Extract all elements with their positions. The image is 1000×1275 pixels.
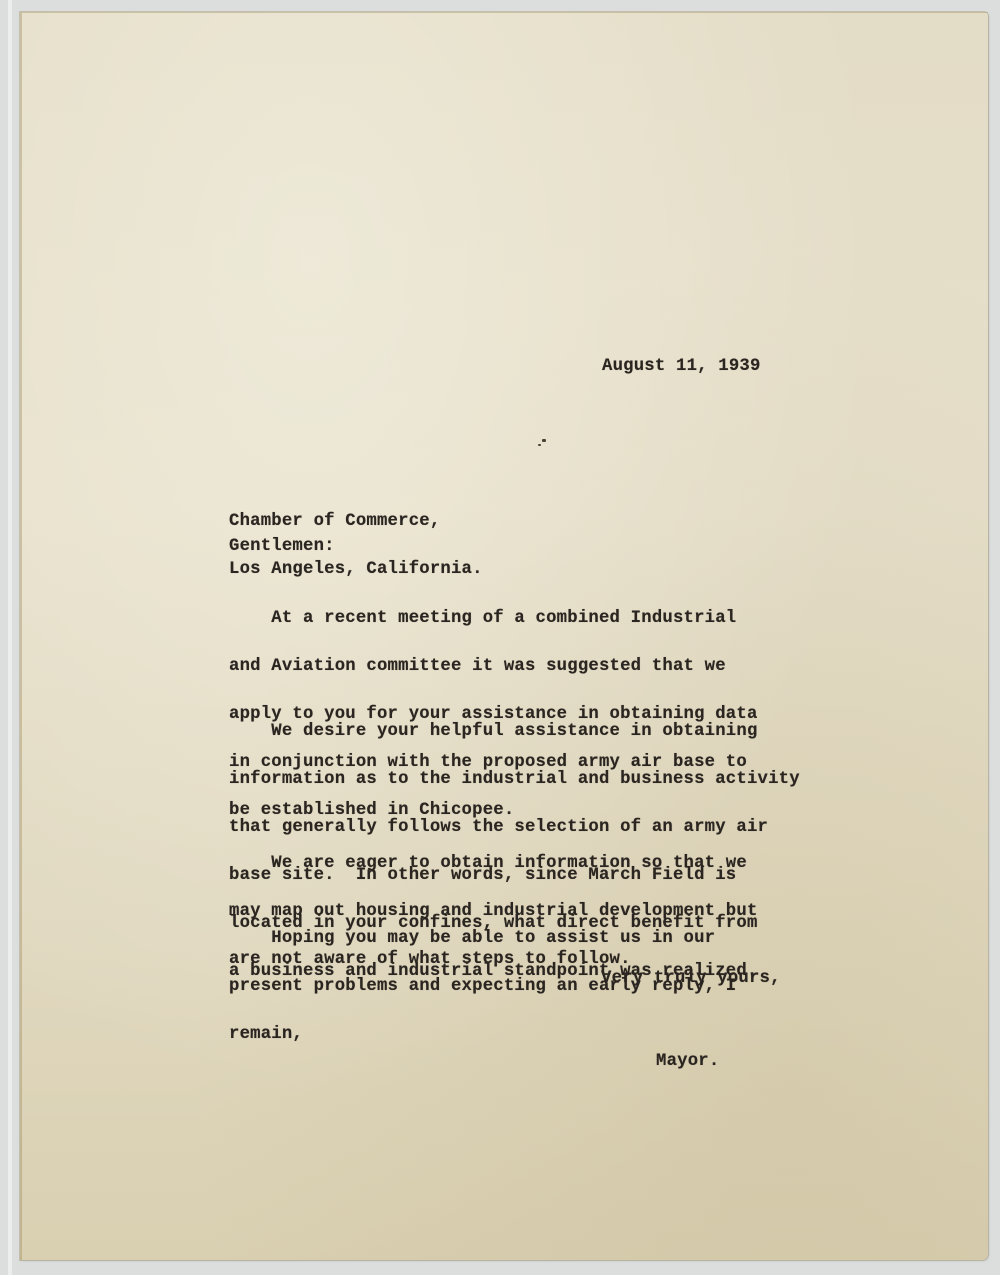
paragraph-line: information as to the industrial and bus… (229, 772, 800, 788)
letter-date: August 11, 1939 (602, 359, 761, 375)
ink-speck (538, 444, 541, 446)
paragraph-line: Hoping you may be able to assist us in o… (229, 931, 736, 947)
paragraph-line: remain, (229, 1027, 736, 1043)
signature-title: Mayor. (656, 1054, 719, 1070)
recipient-line: Los Angeles, California. (229, 562, 483, 578)
scan-backdrop-edge (8, 0, 12, 1275)
salutation: Gentlemen: (229, 539, 335, 555)
paragraph-line: We are eager to obtain information so th… (229, 856, 758, 872)
recipient-line: Chamber of Commerce, (229, 514, 483, 530)
paragraph-line: We desire your helpful assistance in obt… (229, 724, 800, 740)
letter-page: August 11, 1939 Chamber of Commerce, Los… (20, 12, 988, 1260)
paragraph-line: and Aviation committee it was suggested … (229, 659, 758, 675)
complimentary-close: Very truly yours, (601, 971, 781, 987)
ink-speck (542, 439, 546, 442)
paragraph-line: At a recent meeting of a combined Indust… (229, 611, 758, 627)
